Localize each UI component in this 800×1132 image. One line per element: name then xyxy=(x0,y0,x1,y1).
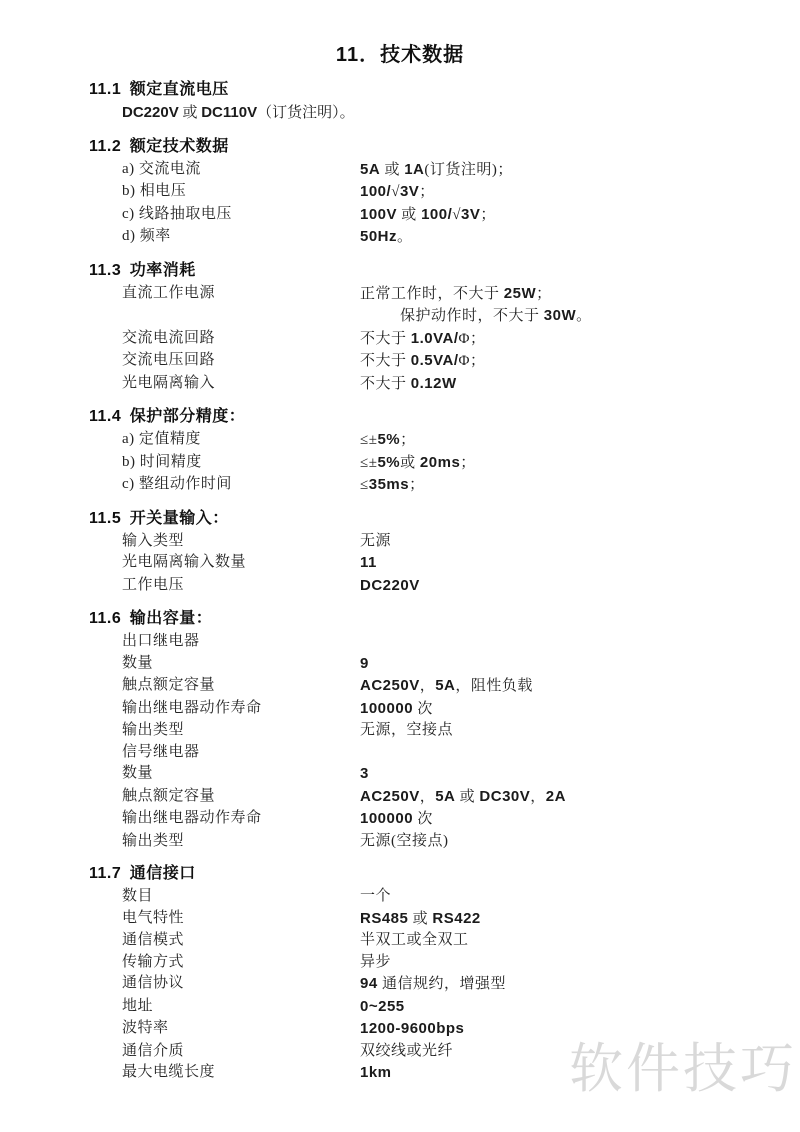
section-11.5: 11.5 开关量输入：输入类型无源光电隔离输入数量11工作电压DC220V xyxy=(0,508,800,598)
spec-value: AC250V，5A 或 DC30V，2A xyxy=(360,786,566,809)
spec-value-line2: 保护动作时，不大于 30W。 xyxy=(360,305,592,328)
spec-value: 异步 xyxy=(360,952,391,974)
spec-value: 不大于 0.12W xyxy=(360,373,457,396)
spec-row: 数量3 xyxy=(122,763,800,786)
spec-row: 电气特性RS485 或 RS422 xyxy=(122,908,800,931)
section-11.3: 11.3 功率消耗直流工作电源正常工作时，不大于 25W；保护动作时，不大于 3… xyxy=(0,260,800,396)
spec-row: c) 整组动作时间≤35ms； xyxy=(122,474,800,497)
spec-value: ≤±5%； xyxy=(360,429,416,452)
watermark: 软件技巧 xyxy=(569,1040,797,1098)
spec-row: 输出类型无源，空接点 xyxy=(122,720,800,742)
spec-label: c) 整组动作时间 xyxy=(122,474,360,497)
spec-row: a) 交流电流5A 或 1A(订货注明)； xyxy=(122,159,800,182)
spec-value: 100/√3V； xyxy=(360,181,435,204)
spec-label: 光电隔离输入数量 xyxy=(122,552,360,575)
spec-value: 9 xyxy=(360,653,369,676)
spec-row: 光电隔离输入数量11 xyxy=(122,552,800,575)
spec-label: 光电隔离输入 xyxy=(122,373,360,396)
spec-label: 交流电压回路 xyxy=(122,350,360,373)
spec-row: 工作电压DC220V xyxy=(122,575,800,598)
spec-value: RS485 或 RS422 xyxy=(360,908,481,931)
spec-label: 交流电流回路 xyxy=(122,328,360,351)
section-heading: 11.7 通信接口 xyxy=(89,863,800,885)
spec-value: 无源 xyxy=(360,531,391,553)
spec-value: 5A 或 1A(订货注明)； xyxy=(360,159,513,182)
spec-row: 交流电流回路不大于 1.0VA/Φ； xyxy=(122,328,800,351)
spec-value: 0~255 xyxy=(360,996,405,1019)
spec-label: 最大电缆长度 xyxy=(122,1062,360,1085)
spec-label: 输出类型 xyxy=(122,831,360,853)
spec-label: b) 相电压 xyxy=(122,181,360,204)
spec-label: 数量 xyxy=(122,653,360,676)
spec-value: 不大于 0.5VA/Φ； xyxy=(360,350,485,373)
spec-row: 通信协议94 通信规约，增强型 xyxy=(122,973,800,996)
spec-row: 输出继电器动作寿命100000 次 xyxy=(122,698,800,721)
spec-value: 11 xyxy=(360,552,377,575)
section-heading: 11.5 开关量输入： xyxy=(89,508,800,530)
spec-row: 信号继电器 xyxy=(122,742,800,764)
spec-value: 不大于 1.0VA/Φ； xyxy=(360,328,485,351)
spec-label: 地址 xyxy=(122,996,360,1019)
spec-row: d) 频率50Hz。 xyxy=(122,226,800,249)
spec-row: 数目一个 xyxy=(122,886,800,908)
section-paragraph: DC220V 或 DC110V（订货注明）。 xyxy=(122,102,800,125)
spec-row: 地址0~255 xyxy=(122,996,800,1019)
spec-label: c) 线路抽取电压 xyxy=(122,204,360,227)
spec-row: 交流电压回路不大于 0.5VA/Φ； xyxy=(122,350,800,373)
spec-row: 波特率1200-9600bps xyxy=(122,1018,800,1041)
spec-value: ≤±5%或 20ms； xyxy=(360,452,476,475)
spec-value: 100V 或 100/√3V； xyxy=(360,204,496,227)
spec-row: 输出继电器动作寿命100000 次 xyxy=(122,808,800,831)
spec-label: 数目 xyxy=(122,886,360,908)
spec-label: 通信协议 xyxy=(122,973,360,996)
spec-label: 电气特性 xyxy=(122,908,360,931)
spec-label: 波特率 xyxy=(122,1018,360,1041)
spec-row: 出口继电器 xyxy=(122,631,800,653)
spec-value: 双绞线或光纤 xyxy=(360,1041,453,1063)
spec-value: 100000 次 xyxy=(360,808,433,831)
spec-row: 光电隔离输入不大于 0.12W xyxy=(122,373,800,396)
spec-label: 输出继电器动作寿命 xyxy=(122,808,360,831)
spec-row: 传输方式异步 xyxy=(122,952,800,974)
spec-label: 输出继电器动作寿命 xyxy=(122,698,360,721)
spec-label: 触点额定容量 xyxy=(122,786,360,809)
spec-label: a) 交流电流 xyxy=(122,159,360,182)
spec-value: 94 通信规约，增强型 xyxy=(360,973,506,996)
sections: 11.1 额定直流电压DC220V 或 DC110V（订货注明）。11.2 额定… xyxy=(0,79,800,1085)
section-heading: 11.1 额定直流电压 xyxy=(89,79,800,101)
spec-value: DC220V xyxy=(360,575,420,598)
spec-row: 通信模式半双工或全双工 xyxy=(122,930,800,952)
spec-row: 直流工作电源正常工作时，不大于 25W；保护动作时，不大于 30W。 xyxy=(122,283,800,328)
spec-value: 一个 xyxy=(360,886,391,908)
spec-label: 工作电压 xyxy=(122,575,360,598)
section-11.1: 11.1 额定直流电压DC220V 或 DC110V（订货注明）。 xyxy=(0,79,800,125)
spec-value: 1km xyxy=(360,1062,392,1085)
spec-label: 数量 xyxy=(122,763,360,786)
spec-value: 1200-9600bps xyxy=(360,1018,464,1041)
section-heading: 11.4 保护部分精度： xyxy=(89,406,800,428)
section-heading: 11.3 功率消耗 xyxy=(89,260,800,282)
page-title: 11．技术数据 xyxy=(0,0,800,68)
section-11.2: 11.2 额定技术数据a) 交流电流5A 或 1A(订货注明)；b) 相电压10… xyxy=(0,136,800,249)
spec-row: 触点额定容量AC250V，5A，阻性负载 xyxy=(122,675,800,698)
spec-value: 3 xyxy=(360,763,369,786)
spec-label: a) 定值精度 xyxy=(122,429,360,452)
spec-label: d) 频率 xyxy=(122,226,360,249)
spec-row: c) 线路抽取电压100V 或 100/√3V； xyxy=(122,204,800,227)
spec-row: b) 相电压100/√3V； xyxy=(122,181,800,204)
spec-row: a) 定值精度≤±5%； xyxy=(122,429,800,452)
spec-label: 通信介质 xyxy=(122,1041,360,1063)
spec-value: 无源，空接点 xyxy=(360,720,453,742)
spec-value: AC250V，5A，阻性负载 xyxy=(360,675,533,698)
spec-row: 输出类型无源(空接点) xyxy=(122,831,800,853)
section-11.4: 11.4 保护部分精度：a) 定值精度≤±5%；b) 时间精度≤±5%或 20m… xyxy=(0,406,800,497)
spec-row: 输入类型无源 xyxy=(122,531,800,553)
spec-row: b) 时间精度≤±5%或 20ms； xyxy=(122,452,800,475)
spec-label: 触点额定容量 xyxy=(122,675,360,698)
spec-value: ≤35ms； xyxy=(360,474,425,497)
spec-label: 通信模式 xyxy=(122,930,360,952)
section-heading: 11.2 额定技术数据 xyxy=(89,136,800,158)
spec-label: 直流工作电源 xyxy=(122,283,360,328)
section-11.6: 11.6 输出容量：出口继电器数量9触点额定容量AC250V，5A，阻性负载输出… xyxy=(0,608,800,852)
spec-label: 传输方式 xyxy=(122,952,360,974)
document-page: 11．技术数据 11.1 额定直流电压DC220V 或 DC110V（订货注明）… xyxy=(0,0,800,1132)
spec-label: 出口继电器 xyxy=(122,631,360,653)
section-heading: 11.6 输出容量： xyxy=(89,608,800,630)
spec-value: 50Hz。 xyxy=(360,226,413,249)
spec-row: 数量9 xyxy=(122,653,800,676)
spec-label: b) 时间精度 xyxy=(122,452,360,475)
spec-value: 100000 次 xyxy=(360,698,433,721)
spec-row: 触点额定容量AC250V，5A 或 DC30V，2A xyxy=(122,786,800,809)
spec-label: 输入类型 xyxy=(122,531,360,553)
spec-label: 输出类型 xyxy=(122,720,360,742)
spec-value: 正常工作时，不大于 25W；保护动作时，不大于 30W。 xyxy=(360,283,592,328)
spec-label: 信号继电器 xyxy=(122,742,360,764)
spec-value: 半双工或全双工 xyxy=(360,930,469,952)
spec-value: 无源(空接点) xyxy=(360,831,449,853)
